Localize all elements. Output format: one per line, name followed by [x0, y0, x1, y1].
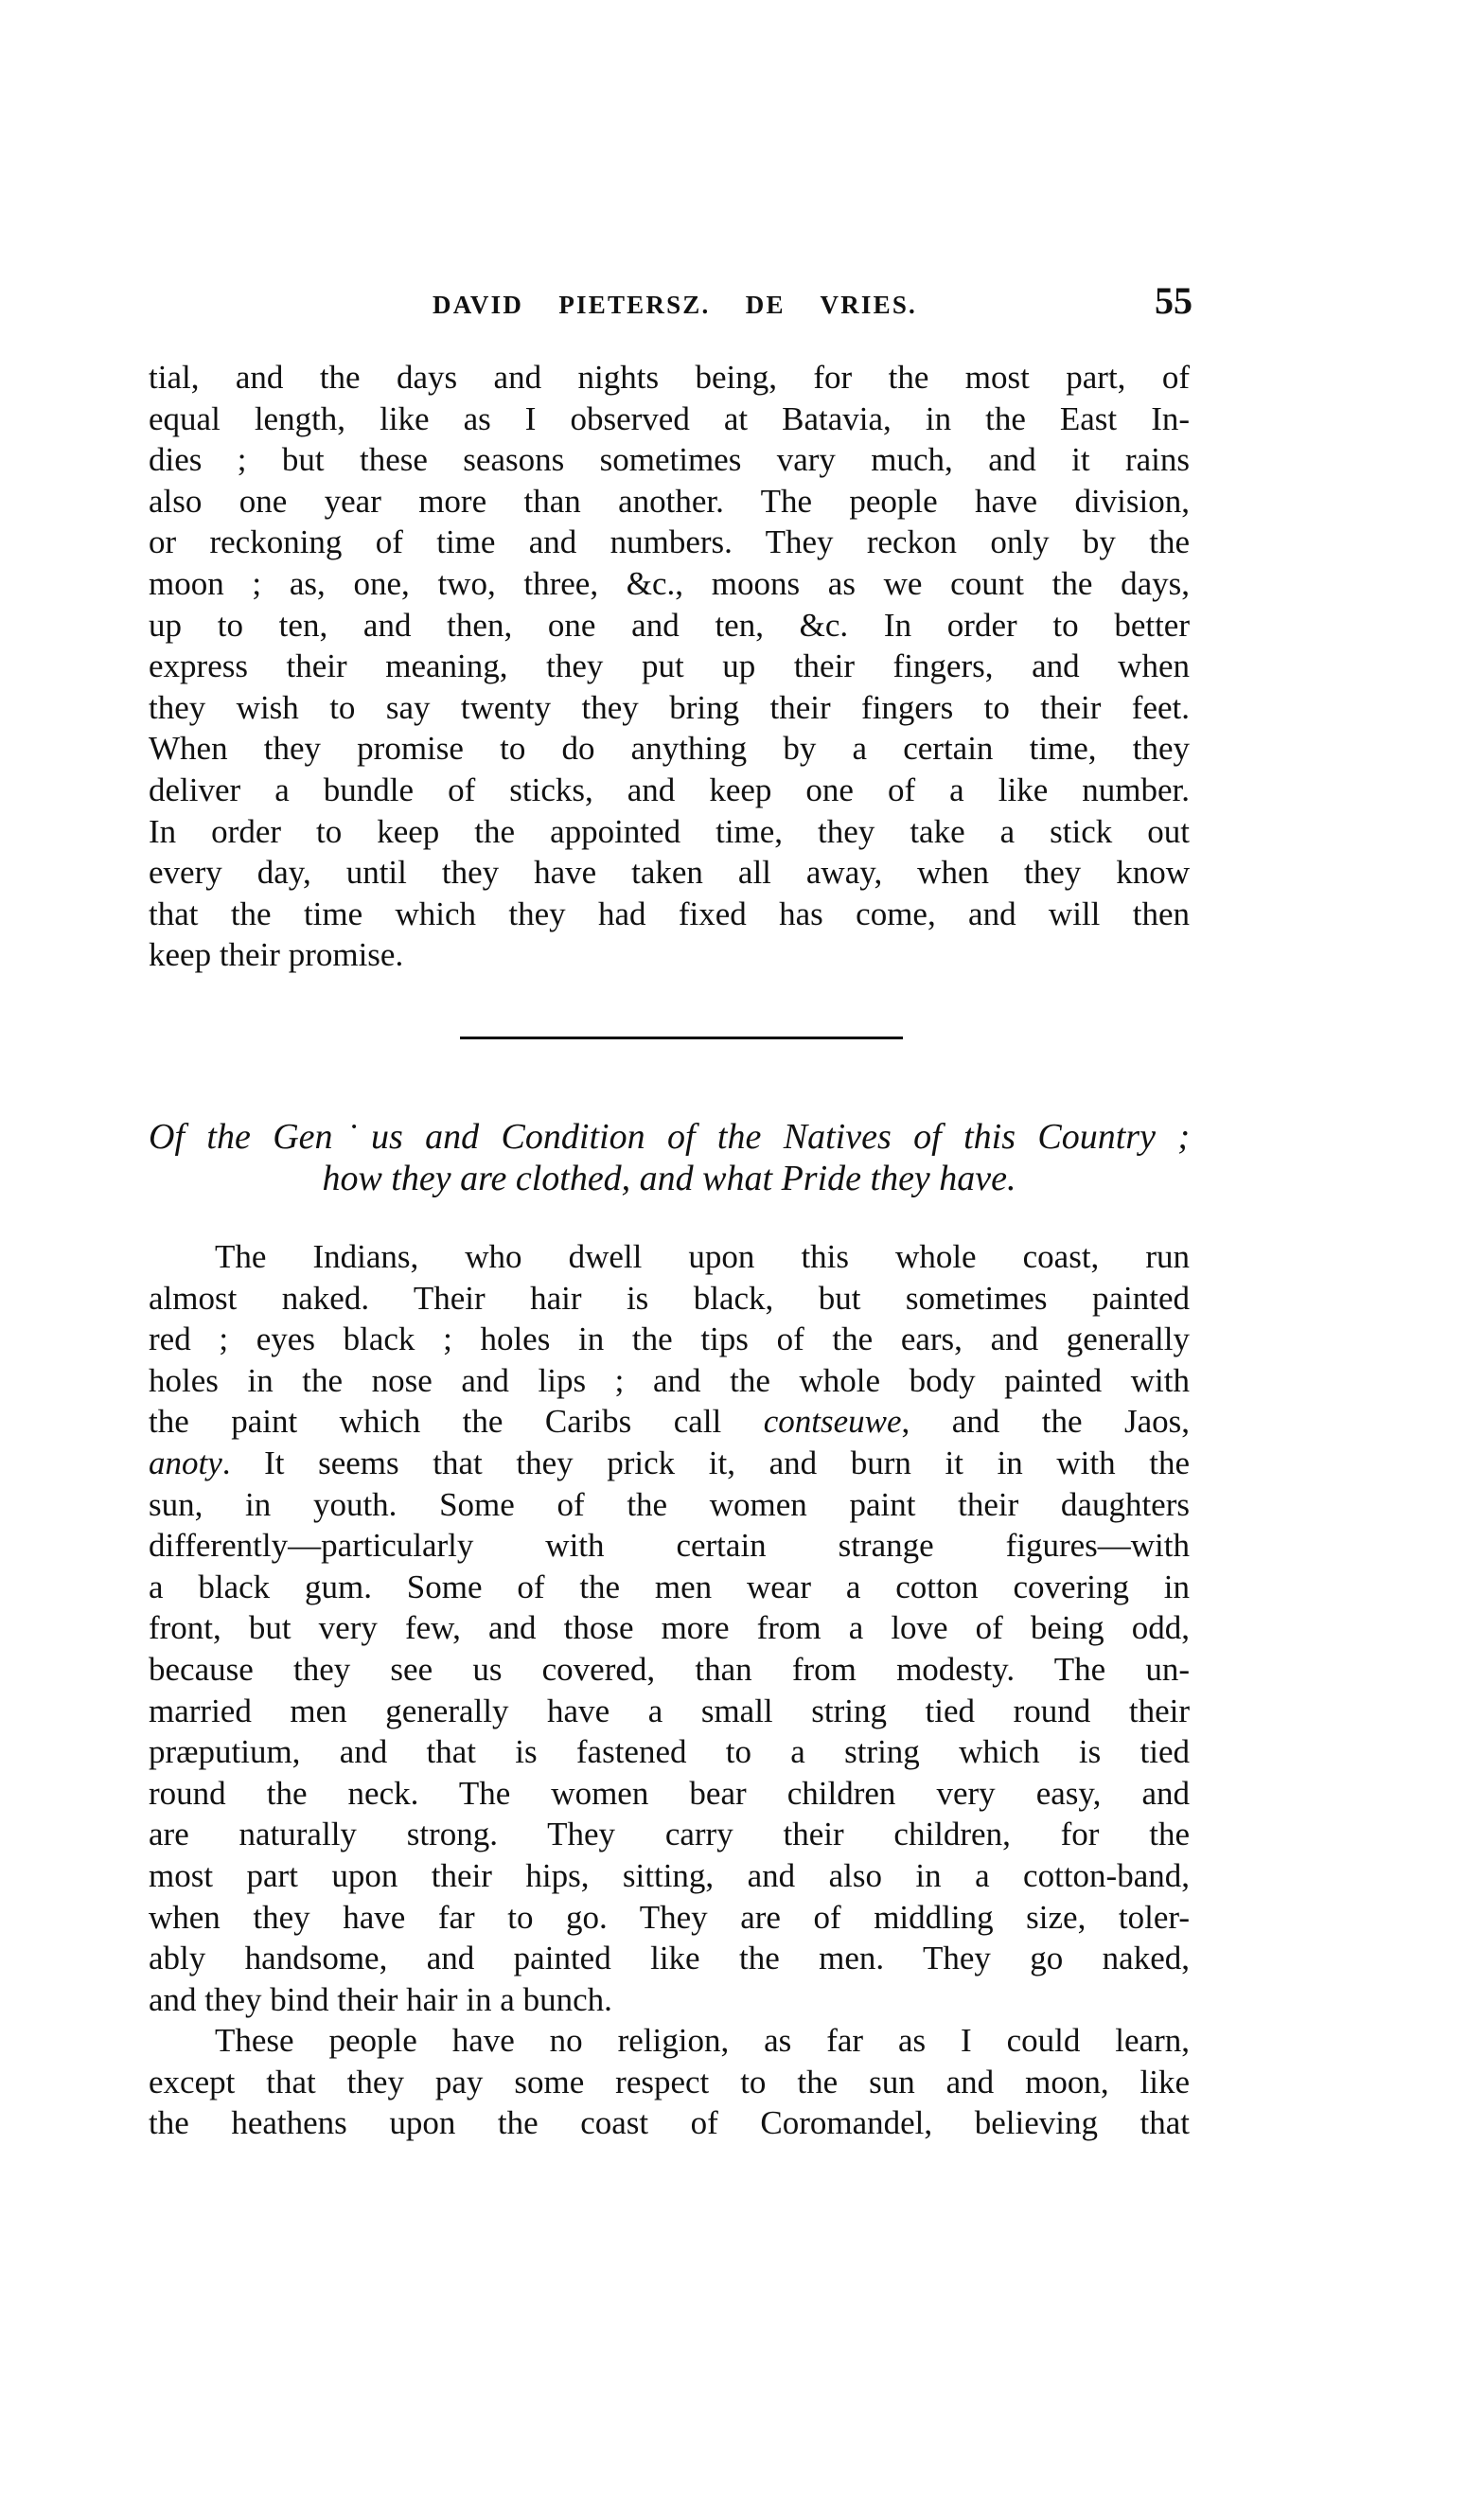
text-line: up to ten, and then, one and ten, &c. In… [149, 605, 1190, 647]
text-run: , and the Jaos, [902, 1403, 1190, 1440]
running-head-title: DAVID PIETERSZ. DE VRIES. [433, 288, 917, 322]
text-line: holes in the nose and lips ; and the who… [149, 1360, 1190, 1402]
text-line: a black gum. Some of the men wear a cott… [149, 1567, 1190, 1608]
text-line: they wish to say twenty they bring their… [149, 687, 1190, 729]
text-line: dies ; but these seasons sometimes vary … [149, 439, 1190, 481]
text-line: anoty. It seems that they prick it, and … [149, 1443, 1190, 1484]
text-line: round the neck. The women bear children … [149, 1773, 1190, 1815]
text-line: keep their promise. [149, 934, 1190, 976]
text-line: When they promise to do anything by a ce… [149, 728, 1190, 770]
paragraph-indians: The Indians, who dwell upon this whole c… [149, 1236, 1190, 2144]
text-line: præputium, and that is fastened to a str… [149, 1731, 1190, 1773]
text-line: because they see us covered, than from m… [149, 1649, 1190, 1691]
text-line: every day, until they have taken all awa… [149, 852, 1190, 894]
page-number: 55 [1139, 280, 1192, 322]
text-line: These people have no religion, as far as… [149, 2020, 1190, 2062]
text-line: married men generally have a small strin… [149, 1691, 1190, 1732]
section-heading-line-1: Of the Gen˙us and Condition of the Nativ… [149, 1117, 1190, 1159]
text-line: and they bind their hair in a bunch. [149, 1979, 1190, 2021]
text-line: ably handsome, and painted like the men.… [149, 1938, 1190, 1979]
text-run: the paint which the Caribs call [149, 1403, 764, 1440]
text-run: . It seems that they prick it, and burn … [222, 1444, 1190, 1481]
text-line: moon ; as, one, two, three, &c., moons a… [149, 563, 1190, 605]
text-line: most part upon their hips, sitting, and … [149, 1855, 1190, 1897]
text-line: The Indians, who dwell upon this whole c… [149, 1236, 1190, 1278]
text-line: are naturally strong. They carry their c… [149, 1814, 1190, 1855]
text-line: differently—particularly with certain st… [149, 1525, 1190, 1567]
text-line: when they have far to go. They are of mi… [149, 1897, 1190, 1939]
text-line: that the time which they had fixed has c… [149, 894, 1190, 935]
book-page: DAVID PIETERSZ. DE VRIES. 55 tial, and t… [0, 0, 1484, 2499]
text-line: the paint which the Caribs call contseuw… [149, 1401, 1190, 1443]
text-line: sun, in youth. Some of the women paint t… [149, 1484, 1190, 1526]
text-line: red ; eyes black ; holes in the tips of … [149, 1319, 1190, 1360]
section-divider-rule [460, 1037, 903, 1039]
text-line: express their meaning, they put up their… [149, 646, 1190, 687]
italic-term: anoty [149, 1444, 222, 1481]
section-heading-line-2: how they are clothed, and what Pride the… [149, 1159, 1190, 1200]
text-line: or reckoning of time and numbers. They r… [149, 522, 1190, 563]
text-line: except that they pay some respect to the… [149, 2062, 1190, 2103]
italic-term: contseuwe [764, 1403, 902, 1440]
text-line: deliver a bundle of sticks, and keep one… [149, 770, 1190, 811]
paragraph-continued: tial, and the days and nights being, for… [149, 357, 1190, 976]
text-line: also one year more than another. The peo… [149, 481, 1190, 523]
text-line: front, but very few, and those more from… [149, 1607, 1190, 1649]
text-line: In order to keep the appointed time, the… [149, 811, 1190, 853]
text-line: the heathens upon the coast of Coromande… [149, 2102, 1190, 2144]
text-line: almost naked. Their hair is black, but s… [149, 1278, 1190, 1320]
section-heading: Of the Gen˙us and Condition of the Nativ… [149, 1117, 1190, 1199]
text-line: tial, and the days and nights being, for… [149, 357, 1190, 399]
text-line: equal length, like as I observed at Bata… [149, 399, 1190, 440]
